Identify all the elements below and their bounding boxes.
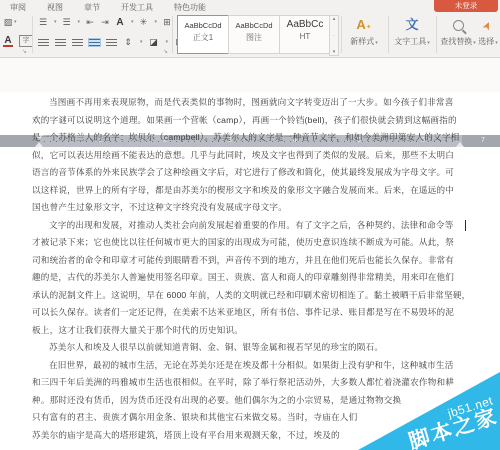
ruler-band: 1234567	[0, 58, 500, 92]
text-line[interactable]: 似，它可以表达用绘画不能表达的意想。几乎与此同时，埃及文字也得到了类似的发展。后…	[32, 147, 470, 165]
decrease-indent-icon[interactable]: ⇤	[85, 17, 95, 27]
ribbon-divider	[436, 16, 437, 53]
ribbon-tab-5[interactable]: 特色功能	[174, 2, 206, 13]
text-line[interactable]: 是一个苏格兰人的名字：坎贝尔（campbell）。苏美尔人的文字是一种音节文字，…	[32, 129, 470, 147]
text-line[interactable]: 趣的是，古代的苏美尔人普遍使用签名印章。国王、贵族、富人和商人的印章雕刻得非常精…	[32, 269, 470, 287]
ribbon-tabs: 审阅视图章节开发工具特色功能	[0, 0, 206, 14]
numbered-list-icon[interactable]: ☰	[62, 17, 72, 27]
style-item-HT[interactable]: AaBbCcHT	[279, 15, 331, 54]
text-line[interactable]: 才被记录下来；它也使比以往任何城市更大的国家的出现成为可能，使历史意识连续不断成…	[32, 234, 470, 252]
style-item-图注[interactable]: AaBbCcDd图注	[228, 15, 280, 54]
style-item-正文1[interactable]: AaBbCcDd正文1	[177, 15, 229, 54]
align-right-icon[interactable]	[72, 39, 83, 46]
scroll-up-icon[interactable]: ▴	[333, 16, 336, 22]
style-preview: AaBbCcDd	[178, 21, 228, 30]
shading-icon[interactable]: ◪	[149, 37, 159, 47]
font-group-row2: A 字	[3, 35, 33, 47]
chevron-down-icon[interactable]: ▾	[140, 39, 143, 45]
ribbon-tab-4[interactable]: 开发工具	[121, 2, 153, 13]
font-group-expander-icon[interactable]: ↘	[22, 48, 27, 55]
text-line[interactable]: 文字的出现和发展，对推动人类社会向前发展起着重要的作用。有了文字之后，各种契约、…	[32, 217, 470, 235]
chevron-down-icon[interactable]: ▾	[166, 39, 169, 45]
chevron-down-icon[interactable]: ▾	[131, 19, 134, 25]
text-line[interactable]: 苏美尔人和埃及人很早以前就知道青铜、金、铜、银等金属和视若罕见的珍宝的陨石。	[32, 339, 470, 357]
paragraph-group-expander-icon[interactable]: ↘	[163, 48, 168, 55]
scroll-more-icon[interactable]: ·	[333, 33, 335, 39]
text-line[interactable]: 承认的泥制文件上。这说明，早在 6000 年前，人类的文明就已经和印刷术密切相连…	[32, 287, 470, 305]
chevron-down-icon[interactable]: ▾	[78, 19, 81, 25]
text-tools-label: 文字工具	[394, 37, 426, 46]
font-color-icon[interactable]: A	[3, 36, 13, 47]
distribute-icon[interactable]	[106, 39, 117, 46]
ribbon-tab-3[interactable]: 章节	[84, 2, 100, 13]
chevron-down-icon: ▾	[495, 40, 498, 46]
text-line[interactable]: 板上，这才让我们获得大量关于那个时代的历史知识。	[32, 322, 470, 340]
select-label: 选择	[478, 37, 494, 46]
select-button[interactable]: ➤ 选择▾	[477, 16, 499, 47]
ribbon-tab-2[interactable]: 视图	[47, 2, 63, 13]
chevron-down-icon: ▾	[473, 40, 476, 46]
text-effect-icon[interactable]: A	[115, 18, 125, 27]
new-style-icon: A	[356, 17, 365, 32]
text-cursor	[465, 220, 466, 231]
font-group-row1: ▨▾	[3, 17, 17, 27]
chevron-down-icon[interactable]: ▾	[155, 19, 158, 25]
cursor-arrow-icon: ➤	[478, 18, 498, 34]
ribbon-divider	[172, 16, 173, 53]
new-style-button[interactable]: A✦ 新样式▾	[344, 16, 384, 47]
ruler-number: 7	[481, 137, 485, 145]
text-line[interactable]: 当图画不再用来表现原物，而是代表类似的事物时，图画就向文字转变迈出了一大步。如今…	[32, 94, 470, 112]
text-tools-icon: 文	[405, 17, 418, 32]
style-name: 图注	[229, 32, 279, 43]
style-gallery: AaBbCcDd正文1AaBbCcDd图注AaBbCcHT	[177, 15, 330, 54]
chevron-down-icon: ▾	[427, 40, 430, 46]
chevron-down-icon: ▾	[375, 40, 378, 46]
chevron-down-icon[interactable]: ▾	[14, 19, 17, 25]
text-line[interactable]: 欢的字谜可以说明这个道理。如果画一个营帐（camp），再画一个铃铛(bell)，…	[32, 112, 470, 130]
sparkle-icon: ✦	[366, 24, 372, 31]
text-line[interactable]: 可以长久保存。读者们一定还记得，在美索不达米亚地区，所有书信、事件记录、账目都是…	[32, 304, 470, 322]
style-preview: AaBbCcDd	[229, 21, 279, 30]
find-replace-button[interactable]: 查找替换▾	[438, 16, 478, 47]
text-line[interactable]: 以这样说，世界上的所有字母，都是由苏美尔的楔形文字和埃及的象形文字融合发展而来。…	[32, 182, 470, 200]
symbol-icon[interactable]: ✳	[139, 17, 149, 27]
paragraph-group-row2: ⇕▾ ◪▾ ⊡▾	[38, 37, 194, 47]
text-line[interactable]: 司和统治者的命令和印章才可能传到眼睛看不到，声音传不到的地方，并且在他们死后也能…	[32, 252, 470, 270]
wps-writer-window: 审阅视图章节开发工具特色功能 未登录 ▨▾ A 字 ↘ ☰▾ ☰▾ ⇤ ⇥ A▾…	[0, 0, 500, 450]
login-button[interactable]: 未登录	[434, 0, 498, 12]
text-line[interactable]: 国也曾产生过象形文字，不过这种文字终究没有发展成字母文字。	[32, 199, 470, 217]
ribbon-divider	[388, 16, 389, 53]
justify-icon[interactable]	[89, 39, 100, 46]
text-tools-button[interactable]: 文 文字工具▾	[390, 16, 434, 47]
bullet-list-icon[interactable]: ☰	[38, 17, 48, 27]
text-line[interactable]: 语言的音节体系的外来民族学会了这种绘画文字后，对它进行了修改和简化，使其最终发展…	[32, 164, 470, 182]
chevron-down-icon[interactable]: ▾	[54, 19, 57, 25]
insert-table-icon[interactable]: ⊞	[162, 17, 172, 27]
align-center-icon[interactable]	[55, 39, 66, 46]
style-gallery-scrollbar[interactable]: ▴ · ▾	[329, 15, 339, 56]
ribbon: 审阅视图章节开发工具特色功能 未登录 ▨▾ A 字 ↘ ☰▾ ☰▾ ⇤ ⇥ A▾…	[0, 0, 500, 58]
enclose-character-icon[interactable]: 字	[19, 35, 33, 47]
style-name: 正文1	[178, 32, 228, 43]
style-name: HT	[280, 32, 330, 41]
magnifier-icon	[453, 20, 464, 31]
align-left-icon[interactable]	[38, 39, 49, 46]
line-spacing-icon[interactable]: ⇕	[123, 37, 133, 47]
find-replace-label: 查找替换	[440, 37, 472, 46]
paragraph-group-row1: ☰▾ ☰▾ ⇤ ⇥ A▾ ✳▾ ⊞	[38, 17, 172, 27]
ribbon-divider	[32, 16, 33, 53]
format-painter-icon[interactable]: ▨	[3, 17, 13, 27]
scroll-down-icon[interactable]: ▾	[333, 49, 336, 55]
ribbon-tab-1[interactable]: 审阅	[10, 2, 26, 13]
style-preview: AaBbCc	[280, 19, 330, 30]
increase-indent-icon[interactable]: ⇥	[100, 17, 110, 27]
ribbon-divider	[341, 16, 342, 53]
new-style-label: 新样式	[350, 37, 374, 46]
